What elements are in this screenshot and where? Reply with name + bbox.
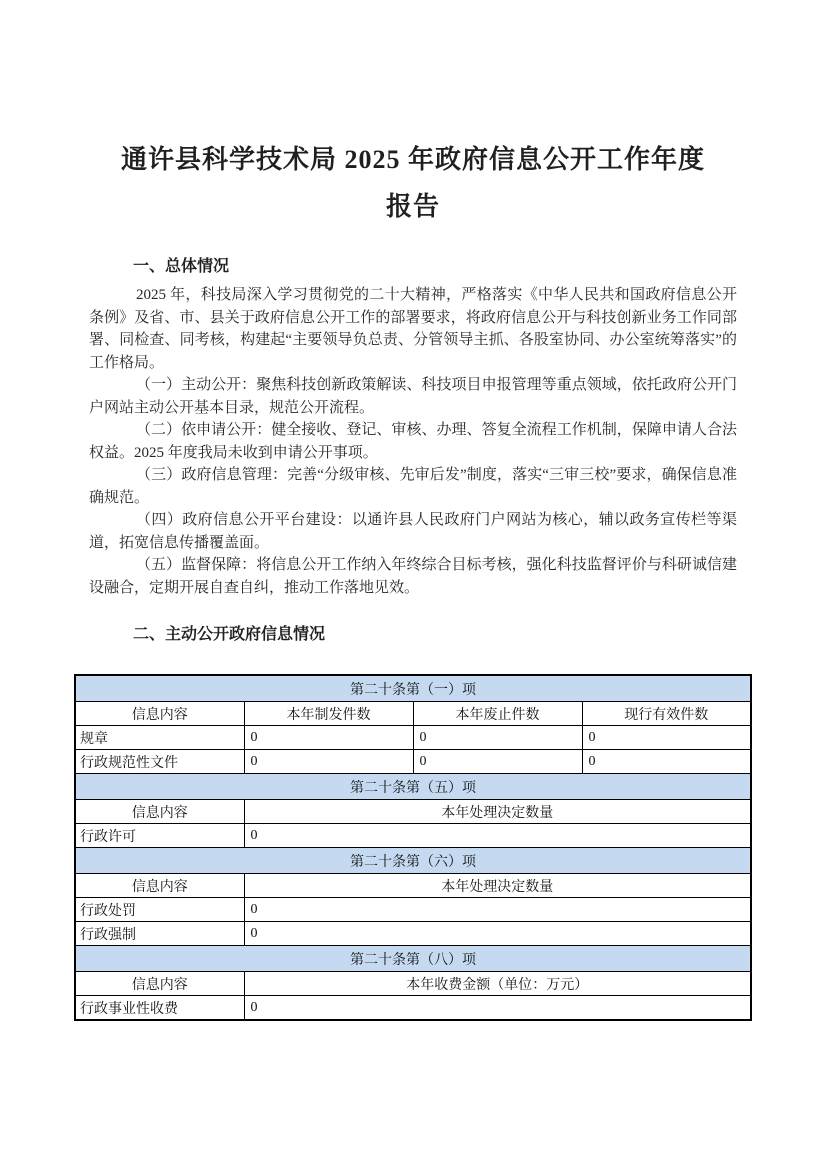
cell-value: 0: [244, 824, 751, 848]
column-header: 信息内容: [75, 702, 244, 726]
document-page: 通许县科学技术局 2025 年政府信息公开工作年度报告 一、总体情况 2025 …: [0, 0, 826, 1169]
cell-value: 0: [244, 750, 413, 774]
item-4-paragraph: （四）政府信息公开平台建设：以通许县人民政府门户网站为核心，辅以政务宣传栏等渠道…: [89, 509, 737, 554]
item-5-paragraph: （五）监督保障：将信息公开工作纳入年终综合目标考核，强化科技监督评价与科研诚信建…: [89, 554, 737, 599]
table-header-row: 信息内容 本年处理决定数量: [75, 874, 751, 898]
table-row: 行政事业性收费 0: [75, 996, 751, 1021]
cell-value: 0: [244, 922, 751, 946]
table-row: 行政强制 0: [75, 922, 751, 946]
item-3-paragraph: （三）政府信息管理：完善“分级审核、先审后发”制度，落实“三审三校”要求，确保信…: [89, 464, 737, 509]
cell-value: 0: [413, 750, 582, 774]
cell-value: 0: [244, 726, 413, 750]
column-header: 信息内容: [75, 874, 244, 898]
cell-value: 0: [582, 726, 751, 750]
table-row: 规章 0 0 0: [75, 726, 751, 750]
table-band-row: 第二十条第（一）项: [75, 675, 751, 702]
document-body: 一、总体情况 2025 年，科技局深入学习贯彻党的二十大精神，严格落实《中华人民…: [0, 255, 826, 647]
row-label: 规章: [75, 726, 244, 750]
row-label: 行政许可: [75, 824, 244, 848]
table-header-row: 信息内容 本年制发件数 本年废止件数 现行有效件数: [75, 702, 751, 726]
table-band-row: 第二十条第（五）项: [75, 774, 751, 800]
row-label: 行政强制: [75, 922, 244, 946]
column-header: 本年收费金额（单位：万元）: [244, 972, 751, 996]
column-header: 本年废止件数: [413, 702, 582, 726]
row-label: 行政规范性文件: [75, 750, 244, 774]
table-band-row: 第二十条第（六）项: [75, 848, 751, 874]
cell-value: 0: [244, 996, 751, 1021]
band-article20-item1: 第二十条第（一）项: [75, 675, 751, 702]
overview-paragraph: 2025 年，科技局深入学习贯彻党的二十大精神，严格落实《中华人民共和国政府信息…: [89, 284, 737, 374]
column-header: 现行有效件数: [582, 702, 751, 726]
column-header: 信息内容: [75, 972, 244, 996]
table-band-row: 第二十条第（八）项: [75, 946, 751, 972]
column-header: 本年制发件数: [244, 702, 413, 726]
section-2-heading: 二、主动公开政府信息情况: [89, 623, 737, 647]
row-label: 行政事业性收费: [75, 996, 244, 1021]
disclosure-statistics-table: 第二十条第（一）项 信息内容 本年制发件数 本年废止件数 现行有效件数 规章 0…: [74, 674, 752, 1021]
table-row: 行政处罚 0: [75, 898, 751, 922]
table-header-row: 信息内容 本年收费金额（单位：万元）: [75, 972, 751, 996]
document-title: 通许县科学技术局 2025 年政府信息公开工作年度报告: [112, 0, 714, 230]
table-header-row: 信息内容 本年处理决定数量: [75, 800, 751, 824]
table-row: 行政规范性文件 0 0 0: [75, 750, 751, 774]
item-2-paragraph: （二）依申请公开：健全接收、登记、审核、办理、答复全流程工作机制，保障申请人合法…: [89, 419, 737, 464]
column-header: 本年处理决定数量: [244, 800, 751, 824]
column-header: 本年处理决定数量: [244, 874, 751, 898]
cell-value: 0: [244, 898, 751, 922]
section-1-heading: 一、总体情况: [89, 255, 737, 279]
item-1-paragraph: （一）主动公开：聚焦科技创新政策解读、科技项目申报管理等重点领域，依托政府公开门…: [89, 374, 737, 419]
band-article20-item8: 第二十条第（八）项: [75, 946, 751, 972]
cell-value: 0: [413, 726, 582, 750]
table-row: 行政许可 0: [75, 824, 751, 848]
cell-value: 0: [582, 750, 751, 774]
band-article20-item5: 第二十条第（五）项: [75, 774, 751, 800]
band-article20-item6: 第二十条第（六）项: [75, 848, 751, 874]
column-header: 信息内容: [75, 800, 244, 824]
row-label: 行政处罚: [75, 898, 244, 922]
